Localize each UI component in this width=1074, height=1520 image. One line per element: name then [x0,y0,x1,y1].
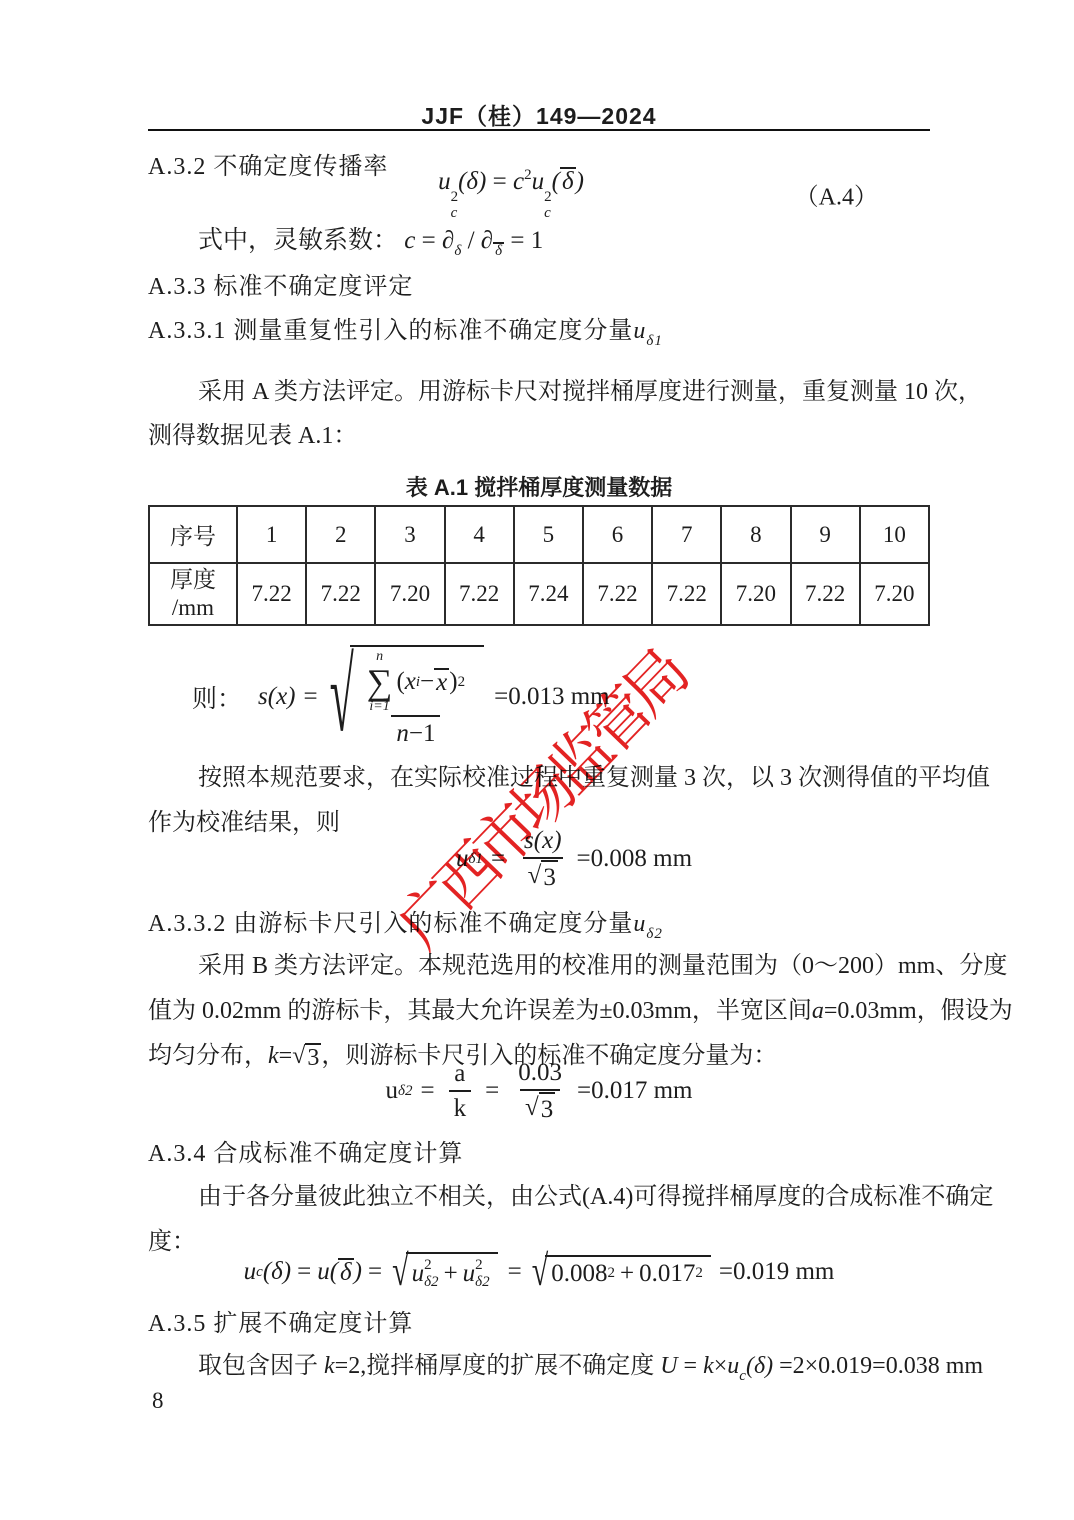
paragraph-5: 取包含因子 k=2,搅拌桶厚度的扩展不确定度 U = k×uc(δ) =2×0.… [198,1345,983,1385]
table-cell: 4 [445,506,514,563]
equation-a4-body: u2c(δ) = c2u2c(δ) [438,167,584,222]
table-cell: 6 [583,506,652,563]
document-page: JJF（桂）149—2024 A.3.2 不确定度传播率 u2c(δ) = c2… [0,0,1074,1520]
radical: √ n ∑ i=1 (xi−x)2 n−1 [330,645,484,749]
paragraph-1-line-1: 采用 A 类方法评定。用游标卡尺对搅拌桶厚度进行测量，重复测量 10 次， [198,371,982,406]
table-cell: 7.22 [445,563,514,625]
section-heading-a33: A.3.3 标准不确定度评定 [148,266,413,301]
section-heading-a331: A.3.3.1 测量重复性引入的标准不确定度分量uδ1 [148,310,663,350]
table-cell: 3 [375,506,444,563]
summation: n ∑ i=1 [367,650,393,714]
table-cell: 7.22 [652,563,721,625]
equation-ud2: uδ2 = a k = 0.03 √3 =0.017 mm [148,1060,930,1122]
equation-a4-label: （A.4） [795,177,878,212]
radical-sign: √ [532,1250,548,1294]
page-header: JJF（桂）149—2024 [148,98,930,131]
table-cell: 10 [860,506,929,563]
table-row-thickness: 厚度/mm 7.22 7.22 7.20 7.22 7.24 7.22 7.22… [149,563,929,625]
table-row-index: 序号 1 2 3 4 5 6 7 8 9 10 [149,506,929,563]
table-cell: 序号 [149,506,237,563]
radical-sign: √ [330,645,354,748]
radical-sign: √ [392,1250,408,1294]
table-title: 表 A.1 搅拌桶厚度测量数据 [148,471,930,502]
equation-a4: u2c(δ) = c2u2c(δ) （A.4） [148,170,930,218]
table-cell: 厚度/mm [149,563,237,625]
sensitivity-line: 式中，灵敏系数： c = ∂δ / ∂δ = 1 [198,220,543,260]
table-cell: 7.20 [860,563,929,625]
radical-sign: √ [525,1092,539,1123]
radical: √ u2δ2 + u2δ2 [392,1252,498,1292]
table-cell: 7.20 [721,563,790,625]
paragraph-3-line-1: 采用 B 类方法评定。本规范选用的校准用的测量范围为（0～200）mm、分度 [198,945,1007,980]
table-cell: 1 [237,506,306,563]
table-cell: 7.22 [306,563,375,625]
page-number: 8 [152,1388,164,1414]
measurement-table: 序号 1 2 3 4 5 6 7 8 9 10 厚度/mm 7.22 7.22 … [148,505,930,626]
paragraph-3-line-2: 值为 0.02mm 的游标卡，其最大允许误差为±0.03mm，半宽区间a=0.0… [148,990,1013,1025]
table-cell: 7 [652,506,721,563]
table-cell: 7.22 [791,563,860,625]
table-cell: 7.22 [237,563,306,625]
header-rule [148,129,930,131]
section-heading-a35: A.3.5 扩展不确定度计算 [148,1303,413,1338]
sigma-symbol: ∑ [367,664,393,700]
equation-uc: uc(δ) = u(δ) = √ u2δ2 + u2δ2 = √ 0.0082 … [148,1246,930,1298]
measurement-table-wrap: 序号 1 2 3 4 5 6 7 8 9 10 厚度/mm 7.22 7.22 … [148,505,930,626]
table-cell: 5 [514,506,583,563]
table-cell: 7.22 [583,563,652,625]
paragraph-4-line-1: 由于各分量彼此独立不相关，由公式(A.4)可得搅拌桶厚度的合成标准不确定 [198,1176,993,1211]
section-heading-a34: A.3.4 合成标准不确定度计算 [148,1133,463,1168]
paragraph-1-line-2: 测得数据见表 A.1： [148,415,357,450]
table-cell: 2 [306,506,375,563]
table-cell: 9 [791,506,860,563]
radical: √ 0.0082 + 0.0172 [532,1255,711,1290]
table-cell: 8 [721,506,790,563]
table-cell: 7.24 [514,563,583,625]
table-cell: 7.20 [375,563,444,625]
